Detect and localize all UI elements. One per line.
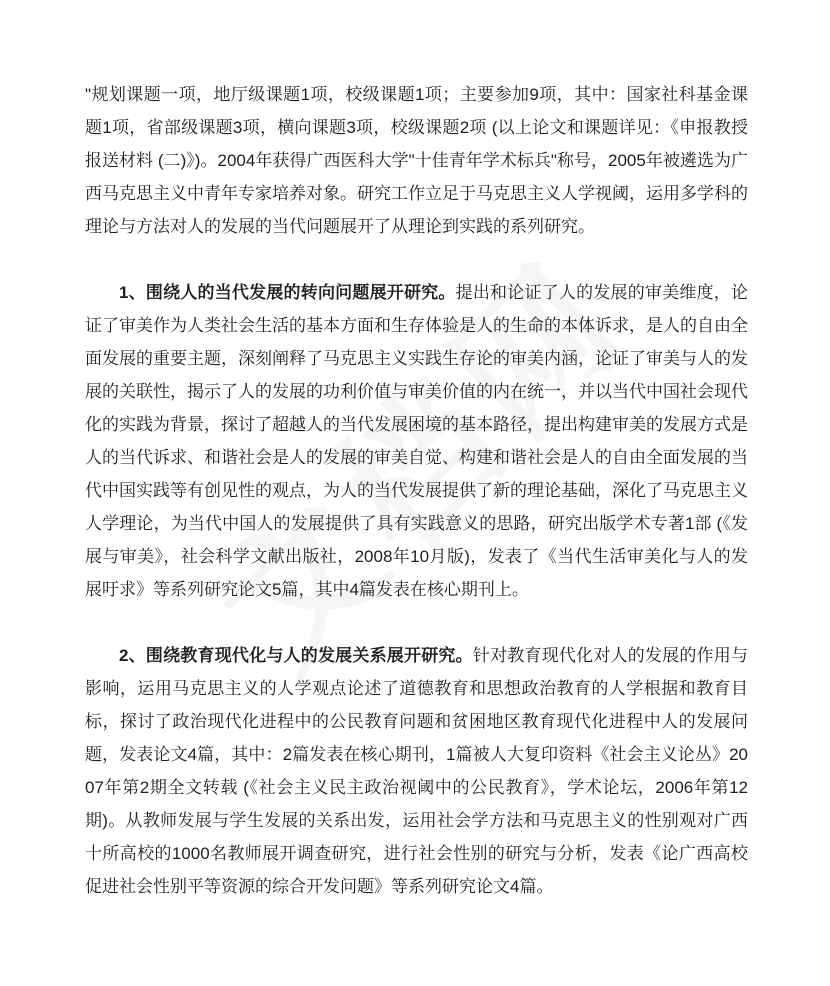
paragraph-text: 提出和论证了人的发展的审美维度，论证了审美作为人类社会生活的基本方面和生存体验是… xyxy=(85,283,748,599)
paragraph-text: "规划课题一项，地厅级课题1项，校级课题1项；主要参加9项，其中：国家社科基金课… xyxy=(85,85,748,236)
document-page: 文档网 "规划课题一项，地厅级课题1项，校级课题1项；主要参加9项，其中：国家社… xyxy=(0,0,830,986)
paragraph-continuation: "规划课题一项，地厅级课题1项，校级课题1项；主要参加9项，其中：国家社科基金课… xyxy=(85,78,748,243)
paragraph-section-2: 2、围绕教育现代化与人的发展关系展开研究。针对教育现代化对人的发展的作用与影响，… xyxy=(85,639,748,903)
paragraph-text: 针对教育现代化对人的发展的作用与影响，运用马克思主义的人学观点论述了道德教育和思… xyxy=(85,646,748,896)
section-2-heading: 2、围绕教育现代化与人的发展关系展开研究。 xyxy=(119,646,473,665)
document-body: "规划课题一项，地厅级课题1项，校级课题1项；主要参加9项，其中：国家社科基金课… xyxy=(85,78,748,936)
paragraph-section-1: 1、围绕人的当代发展的转向问题展开研究。提出和论证了人的发展的审美维度，论证了审… xyxy=(85,276,748,606)
section-1-heading: 1、围绕人的当代发展的转向问题展开研究。 xyxy=(119,283,456,302)
